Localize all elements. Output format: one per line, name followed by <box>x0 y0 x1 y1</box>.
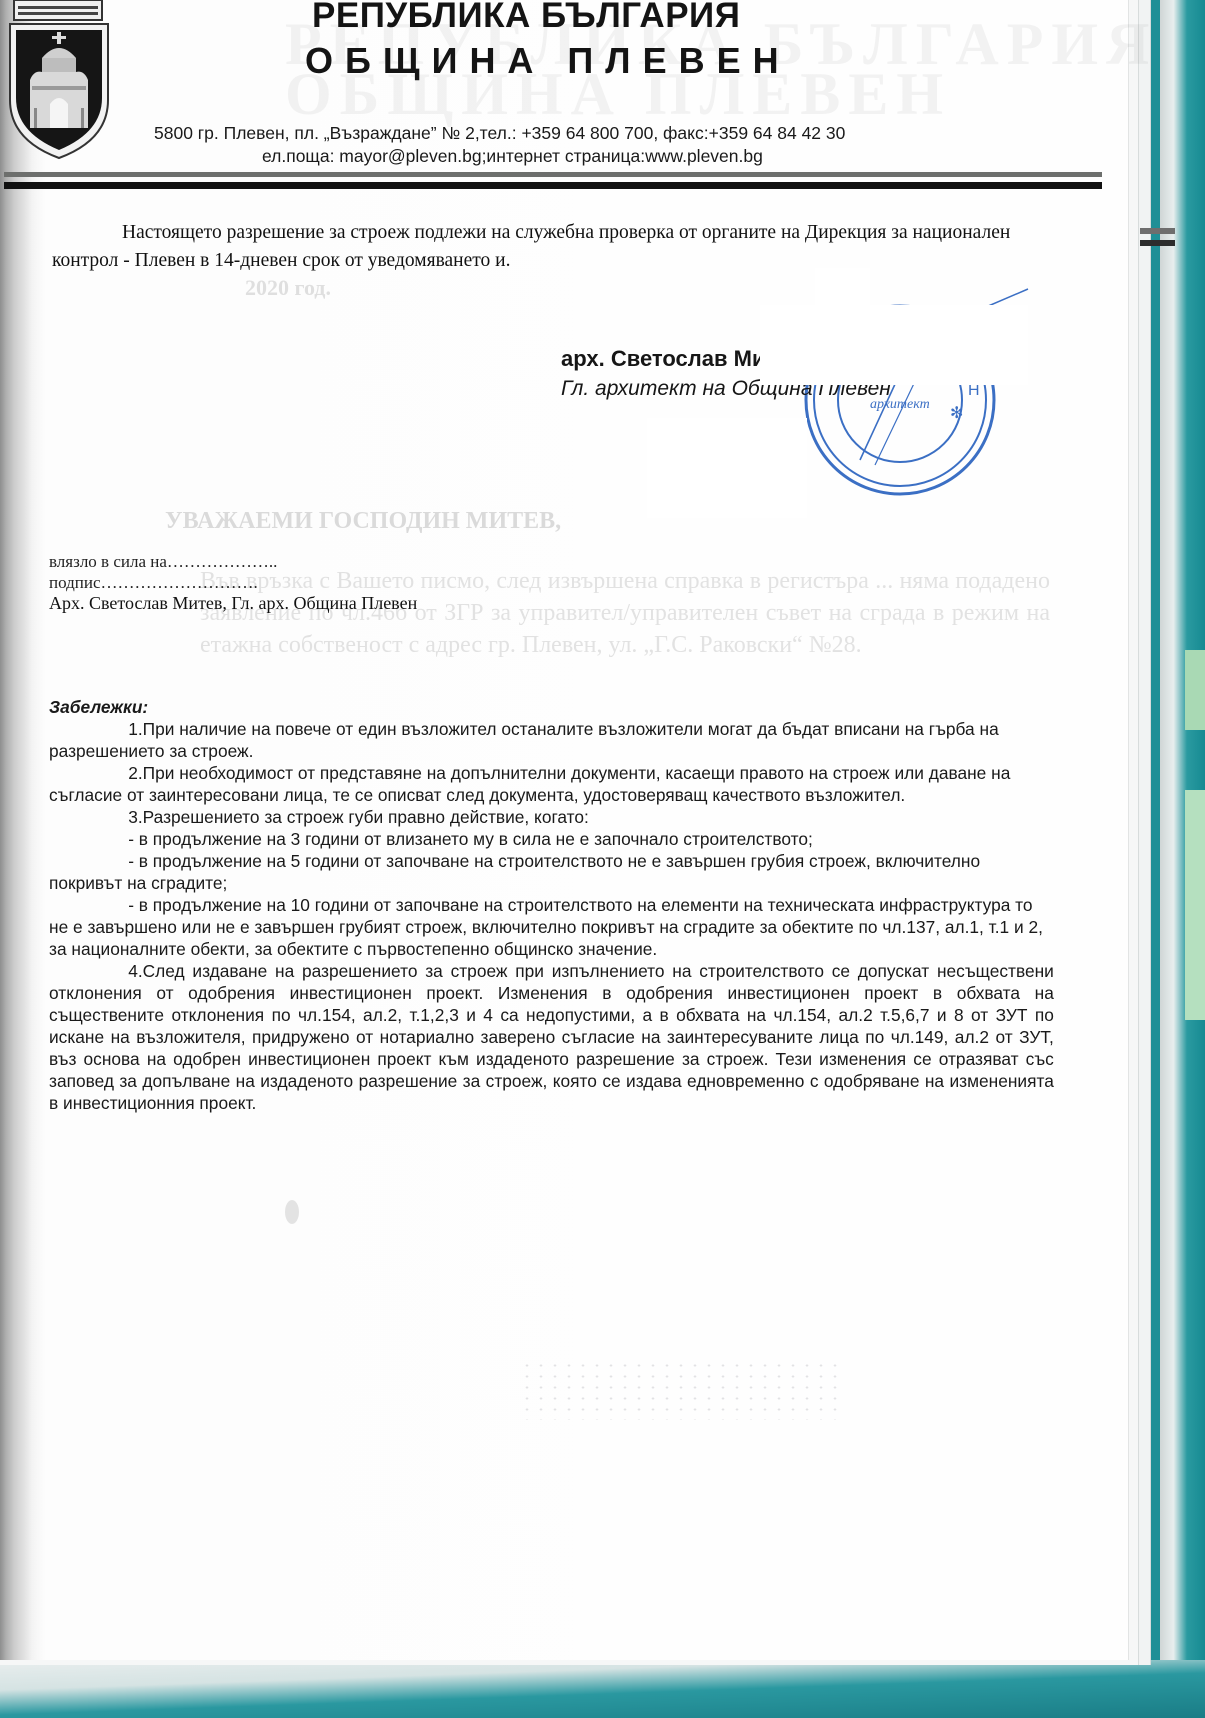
header-rule <box>4 172 1102 177</box>
header-contact: ел.поща: mayor@pleven.bg;интернет страни… <box>262 146 763 167</box>
remark-item: 2.При необходимост от представяне на доп… <box>49 762 1054 806</box>
scan-specks <box>520 1360 840 1420</box>
header-rule <box>4 182 1102 189</box>
ghost-salutation: УВАЖАЕМИ ГОСПОДИН МИТЕВ, <box>165 508 561 535</box>
scan-smudge <box>285 1200 299 1224</box>
coat-of-arms-icon <box>4 0 114 160</box>
remark-item: 4.След издаване на разрешението за строе… <box>49 960 1054 1114</box>
inspection-notice: Настоящето разрешение за строеж подлежи … <box>52 219 1042 275</box>
header-municipality: ОБЩИНА ПЛЕВЕН <box>305 40 791 82</box>
remark-item: 1.При наличие на повече от един възложит… <box>49 718 1054 762</box>
remark-item: - в продължение на 5 години от започване… <box>49 850 1054 894</box>
sticky-note-tab <box>1185 790 1205 1020</box>
redaction-box <box>647 418 807 518</box>
header-country: РЕПУБЛИКА БЪЛГАРИЯ <box>312 0 740 36</box>
redaction-box <box>760 305 1028 385</box>
document-page: РЕПУБЛИКА БЪЛГАРИЯ ОБЩИНА ПЛЕВЕН 2020 го… <box>0 0 1129 1660</box>
remark-item: 3.Разрешението за строеж губи правно дей… <box>49 806 1054 828</box>
sticky-note-tab <box>1185 650 1205 730</box>
folder-edge-bottom <box>0 1660 1205 1718</box>
signatory-line: Арх. Светослав Митев, Гл. арх. Община Пл… <box>49 593 417 614</box>
remarks-section: Забележки: 1.При наличие на повече от ед… <box>49 696 1054 1114</box>
scan-shadow <box>0 0 46 1660</box>
edge-marks <box>1140 228 1175 252</box>
signature-line: подпис………………………. <box>49 572 417 593</box>
header-address: 5800 гр. Плевен, пл. „Възраждане” № 2,те… <box>154 123 845 144</box>
remarks-heading: Забележки: <box>49 696 1054 718</box>
entry-into-force-block: влязло в сила на……………….. подпис………………………… <box>49 551 417 614</box>
svg-text:✻: ✻ <box>950 405 963 422</box>
in-force-line: влязло в сила на……………….. <box>49 551 417 572</box>
remark-item: - в продължение на 3 години от влизането… <box>49 828 1054 850</box>
ghost-date: 2020 год. <box>245 275 331 301</box>
remark-item: - в продължение на 10 години от започван… <box>49 894 1054 960</box>
